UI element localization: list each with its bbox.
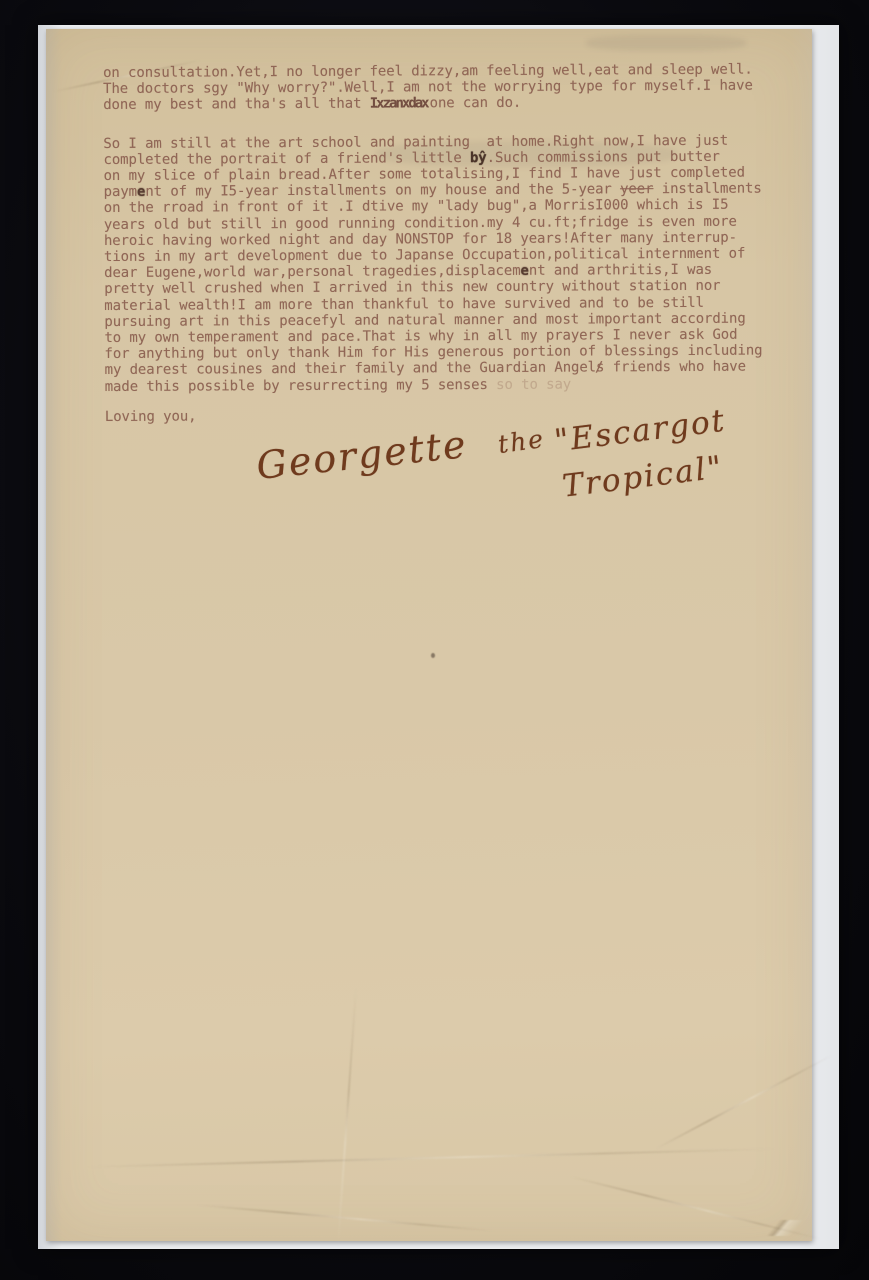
ink-ghost-smudge — [376, 141, 676, 167]
crease-mark — [86, 1148, 776, 1168]
letter-body: on consultation.Yet,I no longer feel diz… — [103, 61, 795, 425]
letter-text-run: years old but still in good running cond… — [104, 213, 737, 232]
letter-line: for anything but only thank Him for His … — [104, 343, 794, 363]
letter-text-run: nt of my I5-year installments on my hous… — [145, 182, 620, 200]
letter-text-run: .Such commissions put butter — [487, 149, 720, 166]
letter-line: So I am still at the art school and pain… — [103, 132, 793, 152]
photo-mount: on consultation.Yet,I no longer feel diz… — [38, 25, 839, 1249]
letter-text-run: dear Eugene,world war,personal tragedies… — [104, 263, 521, 281]
letter-text-run: Loving you, — [105, 408, 197, 424]
signature-epithet-line2: Tropical" — [560, 449, 725, 504]
crease-mark — [655, 1054, 833, 1150]
signature-name: Georgette — [254, 422, 469, 488]
signature-epithet-line1: "Escargot — [552, 403, 728, 460]
letter-text-strike: yeer — [620, 181, 653, 197]
letter-text-jumble: Ixzanxdax — [370, 96, 428, 112]
crease-mark — [337, 987, 357, 1247]
letter-text-run: pursuing art in this peacefyl and natura… — [104, 310, 745, 329]
letter-text-run: on consultation.Yet,I no longer feel diz… — [103, 62, 753, 81]
letter-line: The doctors sgy "Why worry?".Well,I am n… — [103, 78, 793, 98]
letter-text-run: one can do. — [430, 95, 522, 111]
letter-text-run: installments — [653, 181, 761, 198]
signature-epithet-the: the — [496, 424, 547, 459]
letter-line: Loving you, — [105, 405, 795, 425]
letter-line: years old but still in good running cond… — [104, 213, 794, 233]
ink-ghost-smudge — [586, 35, 746, 51]
letter-line: material wealth!I am more than thankful … — [104, 294, 794, 314]
letter-text-run: friends who have — [604, 359, 746, 376]
crease-mark — [53, 59, 200, 92]
letter-text-run: heroic having worked night and day NONST… — [104, 230, 737, 249]
letter-line: dear Eugene,world war,personal tragedies… — [104, 262, 794, 282]
letter-line: payment of my I5-year installments on my… — [104, 181, 794, 201]
closing: Loving you, — [105, 405, 795, 425]
letter-line: pretty well crushed when I arrived in th… — [104, 278, 794, 298]
letter-line: made this possible by resurrecting my 5 … — [105, 375, 795, 395]
letter-text-run: pretty well crushed when I arrived in th… — [104, 278, 720, 297]
letter-line: done my best and tha's all that Ixzanxda… — [103, 94, 793, 114]
letter-text-run: on the rroad in front of it .I dtive my … — [104, 197, 729, 216]
letter-text-run: So I am still at the art school and pain… — [103, 132, 728, 151]
crease-mark — [570, 1176, 823, 1241]
letter-line: pursuing art in this peacefyl and natura… — [104, 310, 794, 330]
paragraph-1: on consultation.Yet,I no longer feel diz… — [103, 61, 793, 113]
letter-text-run: my dearest cousines and their family and… — [105, 360, 596, 379]
letter-text-faded: so to say — [496, 376, 571, 392]
letter-line: my dearest cousines and their family and… — [105, 359, 795, 379]
letter-text-run: completed the portrait of a friend's lit… — [103, 150, 470, 168]
letter-text-run: material wealth!I am more than thankful … — [104, 294, 704, 313]
paragraph-2: So I am still at the art school and pain… — [103, 132, 794, 395]
letter-text-run: to my own temperament and pace.That is w… — [104, 327, 737, 346]
letter-line: heroic having worked night and day NONST… — [104, 229, 794, 249]
letter-text-run: paym — [104, 184, 137, 200]
corner-fold — [742, 1220, 812, 1236]
letter-text-run: done my best and tha's all that — [103, 96, 370, 113]
paper-speck — [431, 653, 435, 658]
letter-text-run: made this possible by resurrecting my 5 … — [105, 377, 497, 395]
letter-text-run: for anything but only thank Him for His … — [104, 343, 762, 362]
letter-line: completed the portrait of a friend's lit… — [103, 148, 793, 168]
letter-text-blot: e — [520, 263, 528, 279]
crease-mark — [196, 1204, 495, 1232]
letter-text-slashed: s — [596, 360, 604, 376]
letter-line: tions in my art development due to Japan… — [104, 245, 794, 265]
letter-line: on the rroad in front of it .I dtive my … — [104, 197, 794, 217]
letter-text-run: tions in my art development due to Japan… — [104, 246, 745, 265]
letter-text-inked: bŷ — [470, 150, 487, 166]
letter-text-blot: e — [137, 184, 145, 200]
letter-text-run: nt and arthritis,I was — [529, 262, 712, 279]
letter-line: on consultation.Yet,I no longer feel diz… — [103, 61, 793, 81]
letter-line: on my slice of plain bread.After some to… — [104, 164, 794, 184]
letter-line: to my own temperament and pace.That is w… — [104, 326, 794, 346]
letter-page: on consultation.Yet,I no longer feel diz… — [46, 29, 812, 1241]
letter-text-run: The doctors sgy "Why worry?".Well,I am n… — [103, 78, 753, 97]
letter-text-run: on my slice of plain bread.After some to… — [104, 165, 745, 184]
